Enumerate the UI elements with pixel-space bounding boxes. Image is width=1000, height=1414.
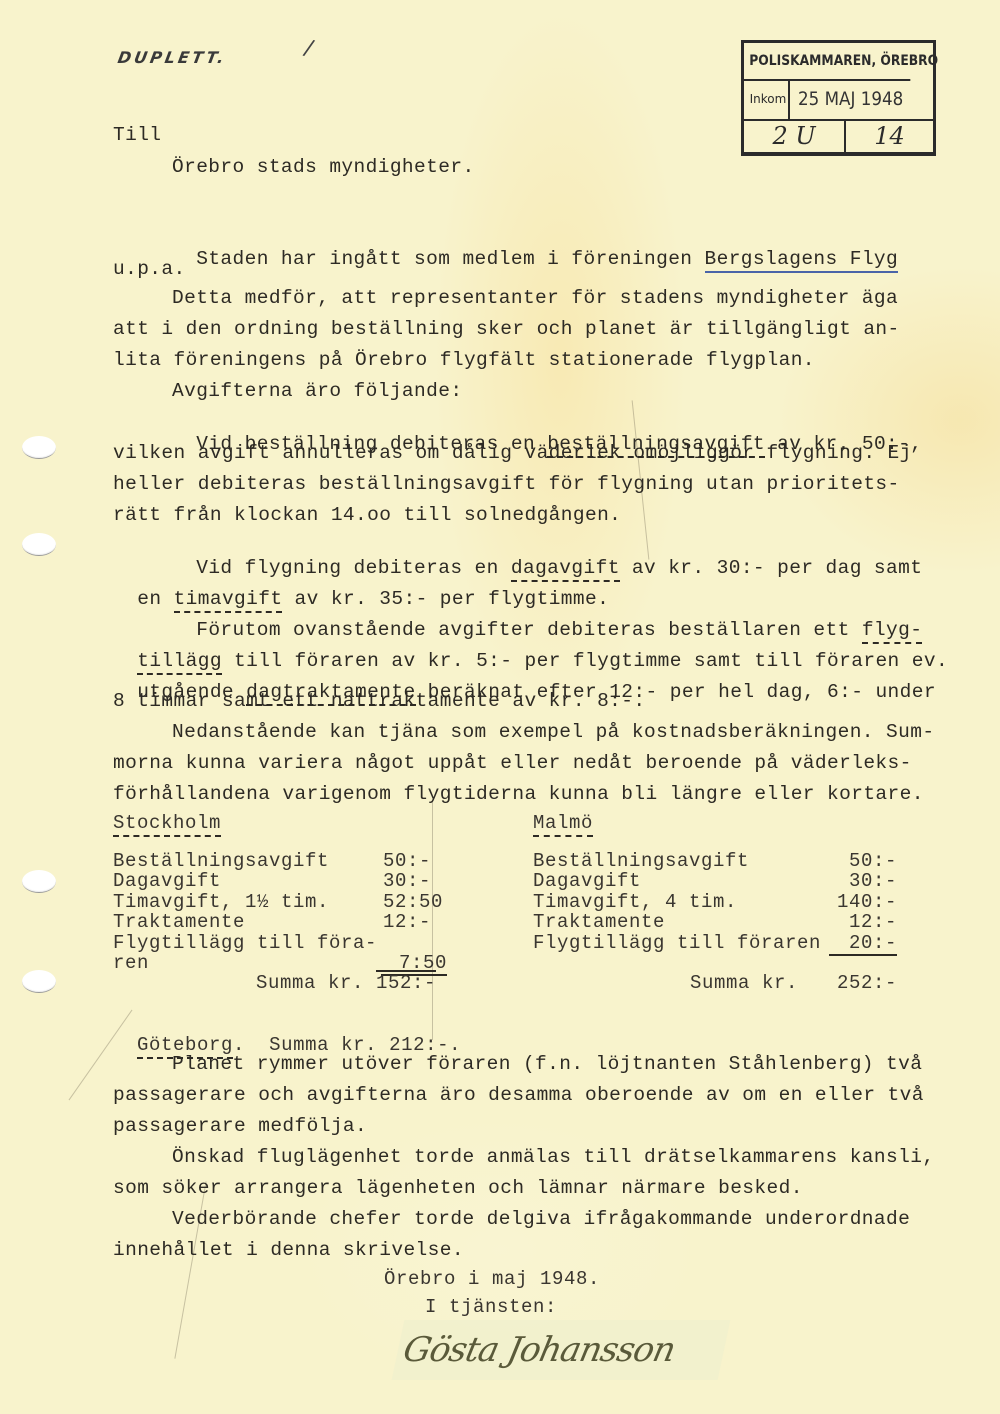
row-label: ren xyxy=(113,952,149,974)
paragraph-passengers: passagerare och avgifterna äro desamma o… xyxy=(113,1084,924,1106)
handwritten-signature: Gösta Johansson xyxy=(392,1320,731,1380)
hour-fee-text: en xyxy=(137,588,173,610)
row-amount: 12:- xyxy=(383,911,451,933)
paragraph-passengers: passagerare medfölja. xyxy=(113,1115,367,1137)
table-total-row: Summa kr. 152:- xyxy=(256,972,436,994)
row-amount: 140:- xyxy=(813,891,897,913)
table-row: Beställningsavgift xyxy=(533,850,749,872)
table-row: Dagavgift xyxy=(113,870,221,892)
total-label: Summa kr. xyxy=(690,972,798,994)
paragraph-passengers: Planet rymmer utöver föraren (f.n. löjtn… xyxy=(172,1053,922,1075)
duplicate-stamp: DUPLETT. xyxy=(116,48,228,67)
row-amount: 52:50 xyxy=(383,891,451,913)
paragraph-booking-fee-line: rätt från klockan 14.oo till solnedgånge… xyxy=(113,504,621,526)
sign-off: I tjänsten: xyxy=(425,1296,557,1318)
table-row: Dagavgift xyxy=(533,870,641,892)
row-label: Beställningsavgift xyxy=(533,850,749,872)
table-row: Beställningsavgift xyxy=(113,850,329,872)
paragraph-distribution: innehållet i denna skrivelse. xyxy=(113,1239,464,1261)
day-fee-amount: av kr. 30:- per dag samt xyxy=(620,557,923,579)
fee-table-malmo: Malmö Beställningsavgift 50:- Dagavgift … xyxy=(533,812,913,992)
duplicate-check-mark: / xyxy=(301,35,316,61)
paragraph-booking-fee-line: vilken avgift annulleras om dålig väderl… xyxy=(113,442,912,464)
row-amount: 20:- xyxy=(829,932,897,956)
place-and-date: Örebro i maj 1948. xyxy=(384,1268,600,1290)
association-name: Bergslagens Flyg xyxy=(705,248,899,273)
association-suffix: u.p.a. xyxy=(113,258,186,280)
table-row: Traktamente xyxy=(533,911,665,933)
row-label: Dagavgift xyxy=(113,870,221,892)
punch-hole xyxy=(22,870,56,893)
punch-hole xyxy=(22,436,56,459)
paragraph-rights-line: att i den ordning beställning sker och p… xyxy=(113,318,900,340)
row-label: Flygtillägg till föraren xyxy=(533,932,821,954)
table-title-stockholm: Stockholm xyxy=(113,812,221,837)
row-label: Timavgift, 1½ tim. xyxy=(113,891,329,913)
stamp-inkom-label: Inkom xyxy=(748,79,790,119)
row-label: Timavgift, 4 tim. xyxy=(533,891,737,913)
total-amount: 152:- xyxy=(376,970,436,994)
stamp-office: POLISKAMMAREN, ÖREBRO xyxy=(744,43,910,81)
punch-hole xyxy=(22,970,56,993)
stamp-received-date: 25 MAJ 1948 xyxy=(798,79,903,119)
fee-summary-goteborg: Göteborg. Summa kr. 212:-. xyxy=(113,1012,461,1056)
table-row: ren xyxy=(113,952,149,974)
total-label: Summa kr. xyxy=(256,972,364,994)
address-to: Till xyxy=(113,124,161,146)
paragraph-membership: Staden har ingått som medlem i föreninge… xyxy=(172,226,898,270)
row-amount: 30:- xyxy=(813,870,897,892)
paragraph-booking-contact: som söker arrangera lägenheten och lämna… xyxy=(113,1177,803,1199)
membership-text: Staden har ingått som medlem i föreninge… xyxy=(196,248,704,270)
paragraph-booking-contact: Önskad fluglägenhet torde anmälas till d… xyxy=(172,1146,934,1168)
row-label: Beställningsavgift xyxy=(113,850,329,872)
paragraph-pilot-fee-line: 8 timmar samt ett nattraktamente av kr. … xyxy=(113,690,645,712)
table-total-row: Summa kr. xyxy=(690,972,798,994)
registry-stamp: POLISKAMMAREN, ÖREBRO Inkom 25 MAJ 1948 … xyxy=(741,40,936,156)
row-label: Traktamente xyxy=(533,911,665,933)
paragraph-example-intro: morna kunna variera något uppåt eller ne… xyxy=(113,752,912,774)
punch-hole xyxy=(22,533,56,556)
row-label: Flygtillägg till föra- xyxy=(113,932,377,954)
stamp-reg-number-right: 14 xyxy=(846,119,933,152)
row-amount: 12:- xyxy=(813,911,897,933)
paragraph-rights-line: Detta medför, att representanter för sta… xyxy=(172,287,898,309)
row-amount: 50:- xyxy=(383,850,451,872)
table-row: Timavgift, 4 tim. xyxy=(533,891,737,913)
fees-heading: Avgifterna äro följande: xyxy=(172,380,462,402)
paragraph-booking-fee-line: heller debiteras beställningsavgift för … xyxy=(113,473,900,495)
table-row: Timavgift, 1½ tim. xyxy=(113,891,329,913)
stamp-registration-row: 2 U 14 xyxy=(744,119,933,152)
table-title-malmo: Malmö xyxy=(533,812,593,837)
paragraph-example-intro: Nedanstående kan tjäna som exempel på ko… xyxy=(172,721,934,743)
row-amount: 50:- xyxy=(813,850,897,872)
total-amount: 252:- xyxy=(813,972,897,994)
table-row: Flygtillägg till föraren xyxy=(533,932,821,954)
address-recipient: Örebro stads myndigheter. xyxy=(172,156,475,178)
stamp-reg-number-left: 2 U xyxy=(744,119,846,152)
row-amount: 30:- xyxy=(383,870,451,892)
row-label: Dagavgift xyxy=(533,870,641,892)
paragraph-rights-line: lita föreningens på Örebro flygfält stat… xyxy=(113,349,815,371)
paragraph-distribution: Vederbörande chefer torde delgiva ifråga… xyxy=(172,1208,910,1230)
table-row: Flygtillägg till föra- xyxy=(113,932,377,954)
stamp-received-row: Inkom 25 MAJ 1948 xyxy=(744,79,933,121)
paragraph-example-intro: förhållandena varigenom flygtiderna kunn… xyxy=(113,783,924,805)
fee-table-stockholm: Stockholm Beställningsavgift 50:- Dagavg… xyxy=(113,812,453,1002)
table-row: Traktamente xyxy=(113,911,245,933)
row-label: Traktamente xyxy=(113,911,245,933)
